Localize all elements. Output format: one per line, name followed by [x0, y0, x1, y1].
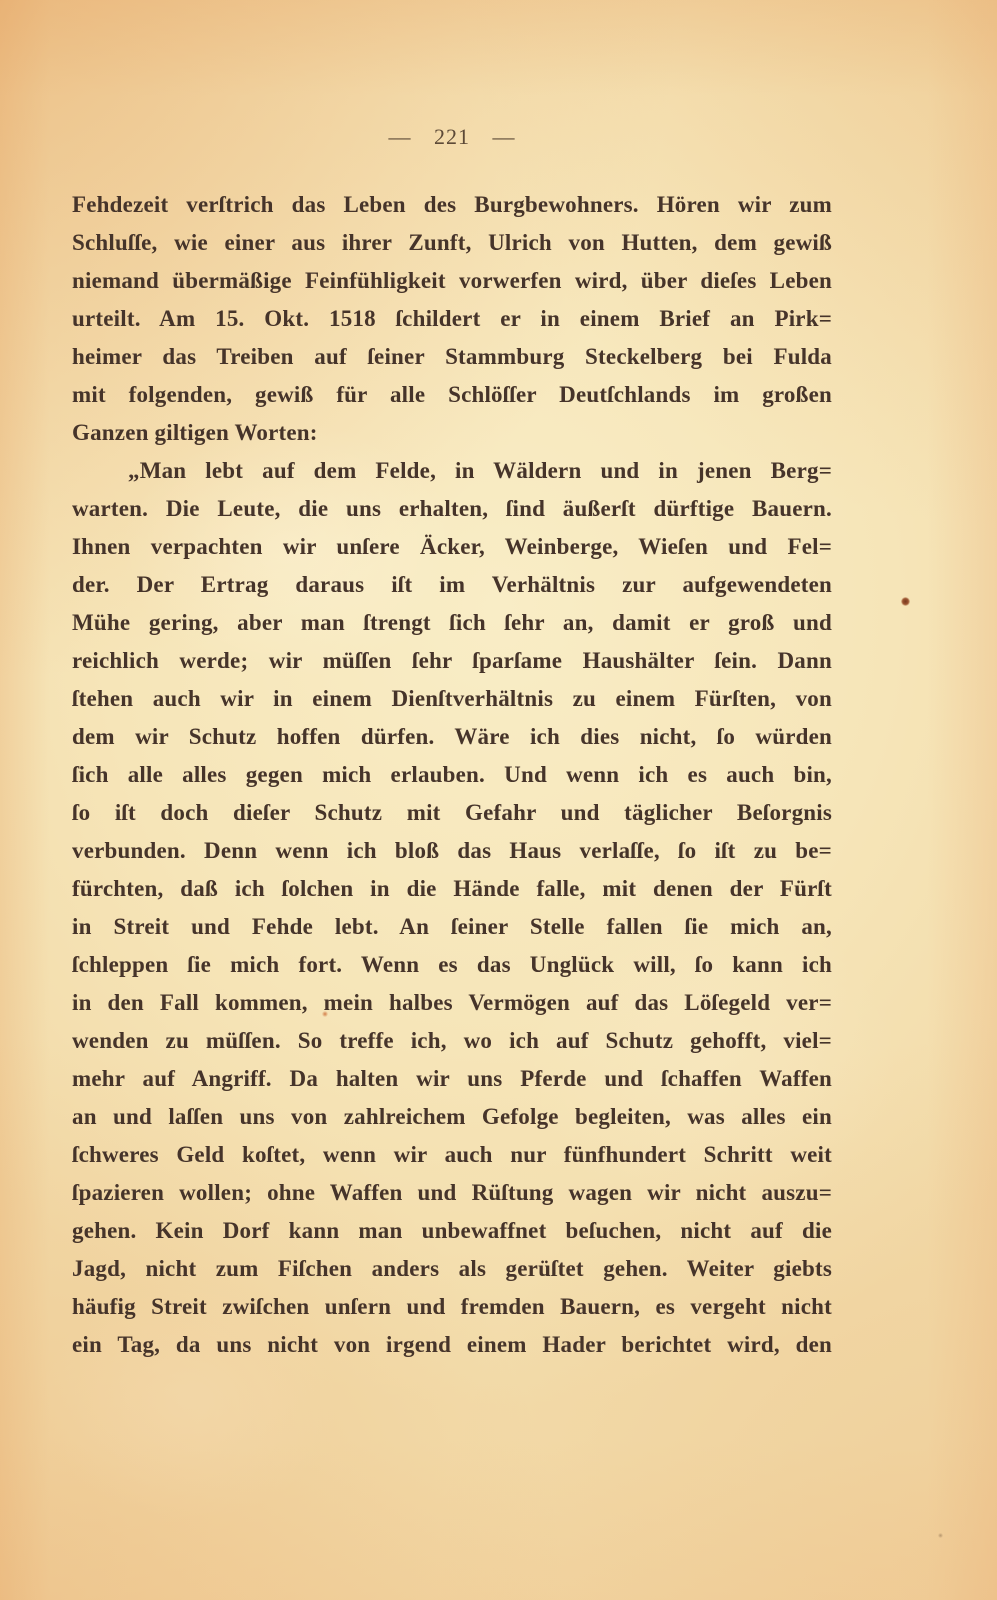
body-text: Fehdezeit verſtrich das Leben des Burgbe…: [72, 186, 832, 1364]
ink-stain: [901, 597, 910, 606]
text-line: ſich alle alles gegen mich erlauben. Und…: [72, 756, 832, 794]
text-line: heimer das Treiben auf ſeiner Stammburg …: [72, 338, 832, 376]
text-line: Ihnen verpachten wir unſere Äcker, Weinb…: [72, 528, 832, 566]
text-line: Mühe gering, aber man ſtrengt ſich ſehr …: [72, 604, 832, 642]
text-line: mehr auf Angriff. Da halten wir uns Pfer…: [72, 1060, 832, 1098]
ink-stain: [938, 1533, 943, 1538]
text-line: gehen. Kein Dorf kann man unbewaffnet be…: [72, 1212, 832, 1250]
text-line: ein Tag, da uns nicht von irgend einem H…: [72, 1326, 832, 1364]
text-line: wenden zu müſſen. So treffe ich, wo ich …: [72, 1022, 832, 1060]
text-line: urteilt. Am 15. Okt. 1518 ſchildert er i…: [72, 300, 832, 338]
text-line: reichlich werde; wir müſſen ſehr ſparſam…: [72, 642, 832, 680]
text-line: warten. Die Leute, die uns erhalten, ſin…: [72, 490, 832, 528]
text-line: Fehdezeit verſtrich das Leben des Burgbe…: [72, 186, 832, 224]
text-line: der. Der Ertrag daraus iſt im Verhältnis…: [72, 566, 832, 604]
text-line: fürchten, daß ich ſolchen in die Hände f…: [72, 870, 832, 908]
text-line: ſo iſt doch dieſer Schutz mit Gefahr und…: [72, 794, 832, 832]
text-line: ſpazieren wollen; ohne Waffen und Rüſtun…: [72, 1174, 832, 1212]
text-line: niemand übermäßige Feinfühligkeit vorwer…: [72, 262, 832, 300]
text-line: dem wir Schutz hoffen dürfen. Wäre ich d…: [72, 718, 832, 756]
text-line: in Streit und Fehde lebt. An ſeiner Stel…: [72, 908, 832, 946]
book-page: — 221 — Fehdezeit verſtrich das Leben de…: [0, 0, 997, 1600]
text-line: mit folgenden, gewiß für alle Schlöſſer …: [72, 376, 832, 414]
text-line: verbunden. Denn wenn ich bloß das Haus v…: [72, 832, 832, 870]
page-number: — 221 —: [72, 124, 832, 150]
text-line: häufig Streit zwiſchen unſern und fremde…: [72, 1288, 832, 1326]
text-line: ſtehen auch wir in einem Dienſtverhältni…: [72, 680, 832, 718]
text-line: Jagd, nicht zum Fiſchen anders als gerüſ…: [72, 1250, 832, 1288]
text-line: in den Fall kommen, mein halbes Vermögen…: [72, 984, 832, 1022]
text-line: ſchweres Geld koſtet, wenn wir auch nur …: [72, 1136, 832, 1174]
text-line: ſchleppen ſie mich fort. Wenn es das Ung…: [72, 946, 832, 984]
text-line: an und laſſen uns von zahlreichem Gefolg…: [72, 1098, 832, 1136]
text-line-paragraph-start: „Man lebt auf dem Felde, in Wäldern und …: [72, 452, 832, 490]
text-line: Ganzen giltigen Worten:: [72, 414, 832, 452]
text-line: Schluſſe, wie einer aus ihrer Zunft, Ulr…: [72, 224, 832, 262]
